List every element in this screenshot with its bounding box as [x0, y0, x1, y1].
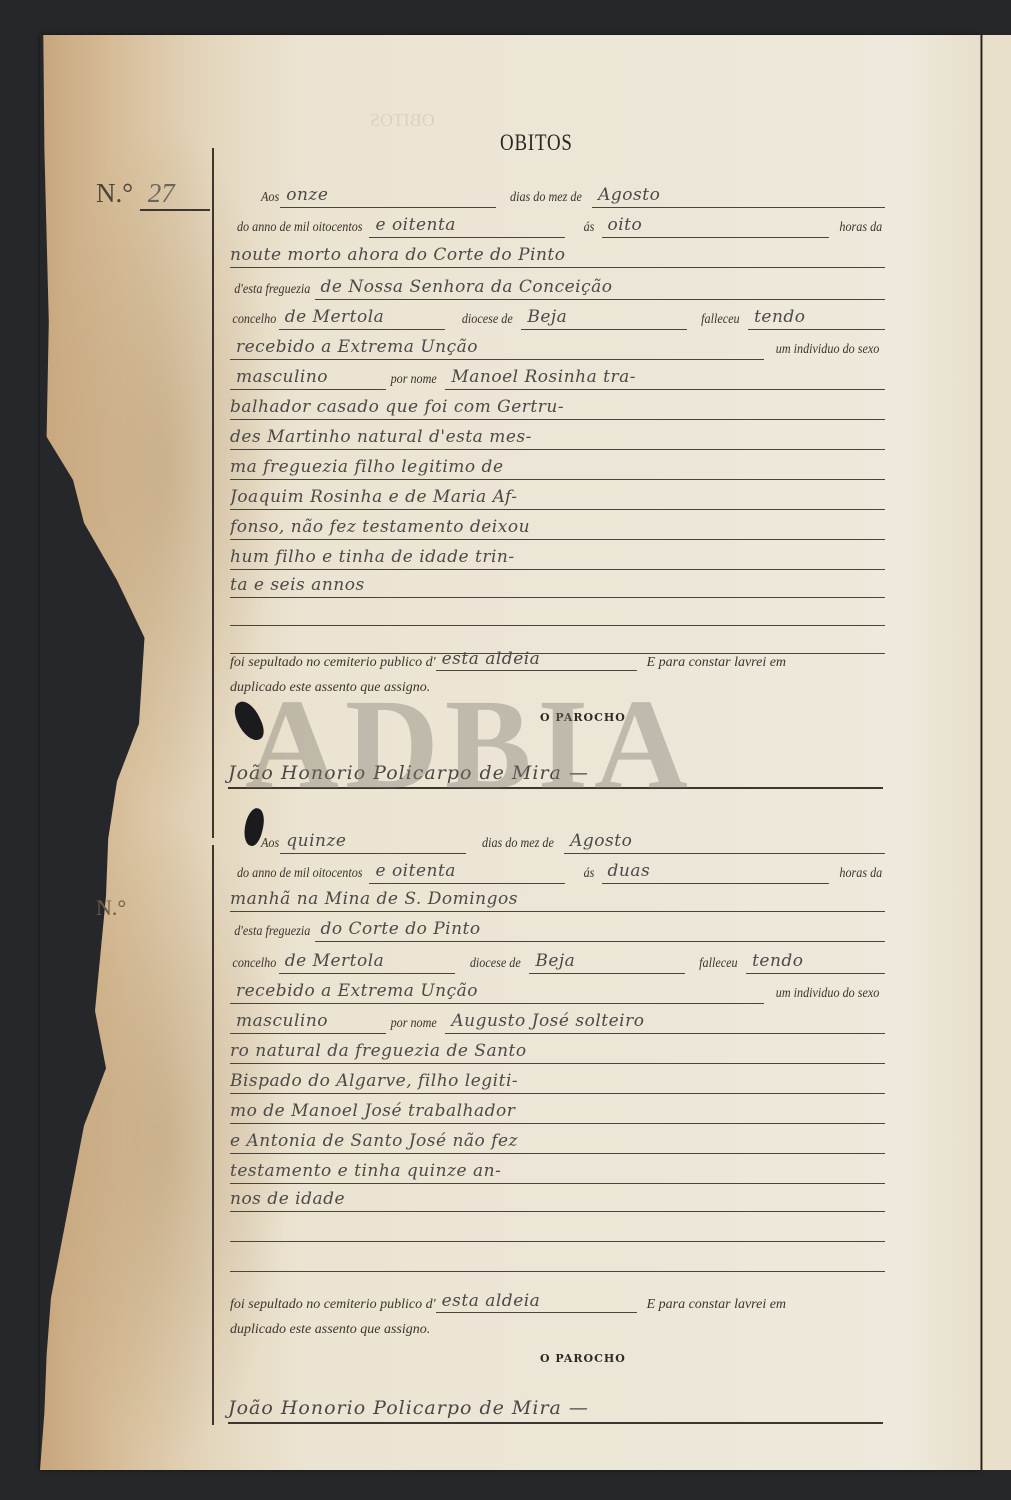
entry-text-line: balhador casado que foi com Gertru- — [230, 392, 885, 420]
number-value: 27 — [140, 178, 210, 211]
entry-text-line: Joaquim Rosinha e de Maria Af- — [230, 482, 885, 510]
field-mez: Agosto — [592, 181, 885, 208]
field-diocese: Beja — [529, 947, 685, 974]
field-horas: oito — [602, 211, 830, 238]
field-freguezia: do Corte do Pinto — [315, 915, 885, 942]
field-hora-cont: manhã na Mina de S. Domingos — [230, 884, 885, 912]
burial-line: foi sepultado no cemiterio publico d' es… — [230, 648, 890, 671]
entry-text-line: des Martinho natural d'esta mes- — [230, 422, 885, 450]
bleed-through-title: OBITOS — [370, 110, 435, 131]
archive-watermark: ADBIA — [245, 680, 694, 810]
label-duplicado: duplicado este assento que assigno. — [230, 1322, 890, 1338]
field-concelho: de Mertola — [279, 947, 455, 974]
field-dia: quinze — [280, 827, 466, 854]
label-sexo: um individuo do sexo — [776, 341, 880, 360]
label-nome: por nome — [391, 1015, 437, 1034]
adjacent-page-edge — [982, 35, 1011, 1470]
label-anno: do anno de mil oitocentos — [237, 219, 363, 238]
page-title: OBITOS — [500, 130, 573, 156]
entry-text-line — [230, 598, 885, 626]
margin-rule — [212, 148, 214, 838]
entry-text-line: mo de Manoel José trabalhador — [230, 1096, 885, 1124]
field-sepultado: esta aldeia — [436, 648, 637, 671]
label-diocese: diocese de — [470, 955, 521, 974]
entry-text-line: ta e seis annos — [230, 570, 885, 598]
label-parocho: O PAROCHO — [540, 1352, 626, 1365]
label-freguezia: d'esta freguezia — [234, 281, 310, 300]
field-sexo: masculino — [230, 1007, 386, 1034]
label-constar: E para constar lavrei em — [647, 655, 786, 671]
field-falleceu-cont: recebido a Extrema Unção — [230, 333, 764, 360]
entry-text-line — [230, 1244, 885, 1272]
label-nome: por nome — [391, 371, 437, 390]
label-falleceu: falleceu — [701, 311, 739, 330]
burial-line: foi sepultado no cemiterio publico d' es… — [230, 1290, 890, 1313]
label-mez: dias do mez de — [510, 189, 582, 208]
label-falleceu: falleceu — [699, 955, 737, 974]
field-falleceu-cont: recebido a Extrema Unção — [230, 977, 764, 1004]
entry-text-line: e Antonia de Santo José não fez — [230, 1126, 885, 1154]
label-concelho: concelho — [232, 955, 276, 974]
field-dia: onze — [280, 181, 496, 208]
number-label: N.° — [96, 178, 133, 208]
entry-text-line: ro natural da freguezia de Santo — [230, 1036, 885, 1064]
label-constar: E para constar lavrei em — [647, 1297, 786, 1313]
label-horas-da: horas da — [840, 865, 883, 884]
field-sexo: masculino — [230, 363, 386, 390]
field-falleceu: tendo — [746, 947, 885, 974]
field-diocese: Beja — [521, 303, 687, 330]
page-spine — [980, 35, 981, 1470]
entry-text-line: testamento e tinha quinze an- — [230, 1156, 885, 1184]
field-falleceu: tendo — [748, 303, 885, 330]
entry-text-line: ma freguezia filho legitimo de — [230, 452, 885, 480]
entry-number-faded: N.° — [96, 895, 126, 921]
entry-text-line: nos de idade — [230, 1184, 885, 1212]
field-freguezia: de Nossa Senhora da Conceição — [315, 273, 885, 300]
field-anno: e oitenta — [369, 857, 565, 884]
entry-text-line — [230, 1214, 885, 1242]
label-sepultado: foi sepultado no cemiterio publico d' — [230, 1297, 436, 1313]
field-concelho: de Mertola — [279, 303, 445, 330]
margin-rule — [212, 845, 214, 1425]
field-anno: e oitenta — [369, 211, 565, 238]
entry-text-line: hum filho e tinha de idade trin- — [230, 542, 885, 570]
label-concelho: concelho — [232, 311, 276, 330]
label-freguezia: d'esta freguezia — [234, 923, 310, 942]
label-sexo: um individuo do sexo — [776, 985, 880, 1004]
field-nome: Manoel Rosinha tra- — [445, 363, 885, 390]
label-mez: dias do mez de — [482, 835, 554, 854]
label-as: ás — [584, 865, 595, 884]
field-horas: duas — [602, 857, 830, 884]
label-sepultado: foi sepultado no cemiterio publico d' — [230, 655, 436, 671]
label-anno: do anno de mil oitocentos — [237, 865, 363, 884]
field-mez: Agosto — [564, 827, 885, 854]
label-horas-da: horas da — [840, 219, 883, 238]
label-aos: Aos — [261, 189, 279, 208]
field-sepultado: esta aldeia — [436, 1290, 637, 1313]
entry-text-line: fonso, não fez testamento deixou — [230, 512, 885, 540]
label-aos: Aos — [261, 835, 279, 854]
label-diocese: diocese de — [462, 311, 513, 330]
priest-signature: João Honorio Policarpo de Mira — — [228, 1390, 883, 1424]
entry-text-line: Bispado do Algarve, filho legiti- — [230, 1066, 885, 1094]
label-as: ás — [584, 219, 595, 238]
field-hora-cont: noute morto ahora do Corte do Pinto — [230, 240, 885, 268]
field-nome: Augusto José solteiro — [445, 1007, 885, 1034]
entry-number: N.° 27 — [96, 178, 210, 211]
